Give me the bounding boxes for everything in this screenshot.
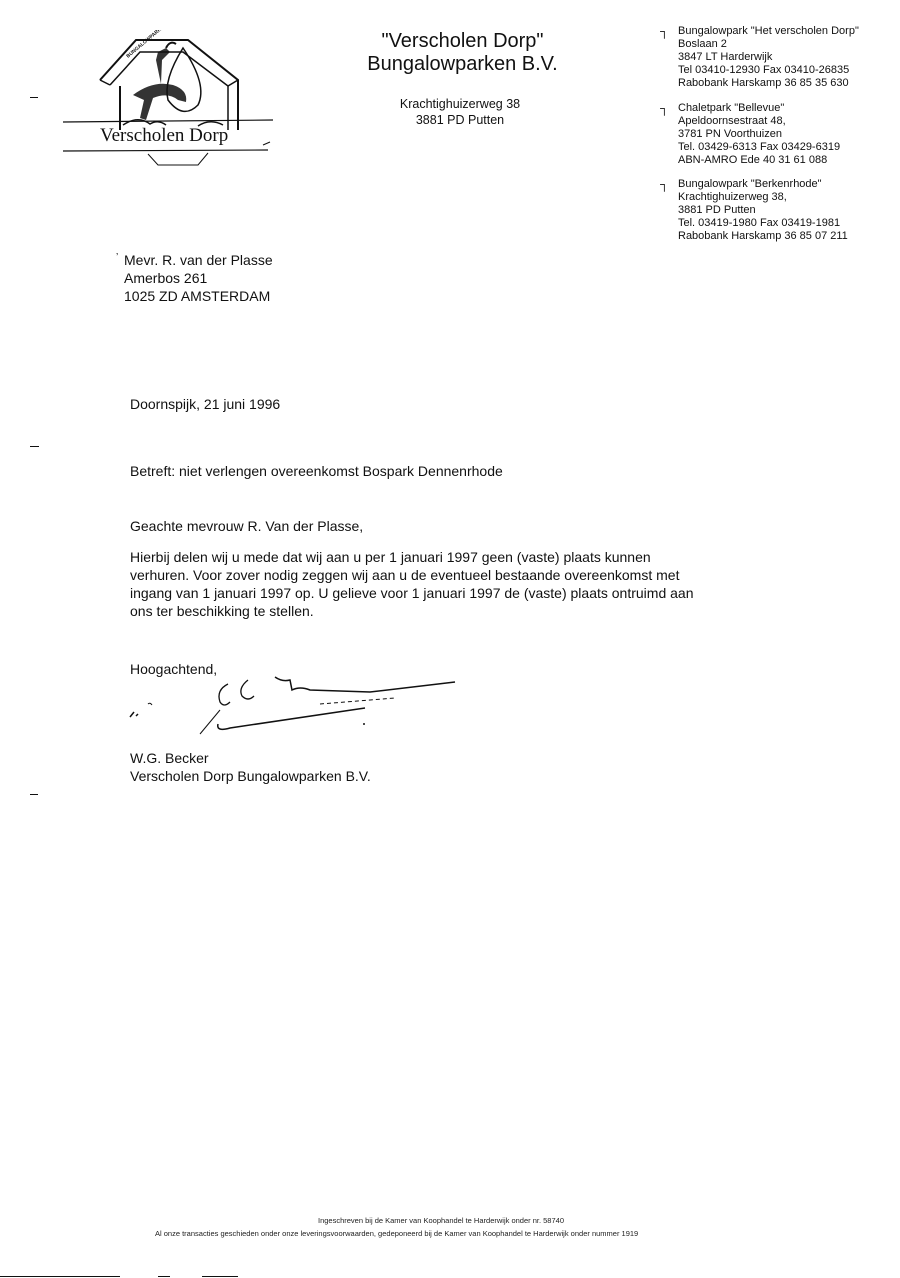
signer-block: W.G. Becker Verscholen Dorp Bungalowpark… xyxy=(130,749,371,785)
signature xyxy=(120,672,470,742)
recipient-postcode-city: 1025 ZD AMSTERDAM xyxy=(124,287,273,305)
scan-speck xyxy=(30,794,38,795)
signer-name: W.G. Becker xyxy=(130,749,371,767)
company-street: Krachtighuizerweg 38 xyxy=(360,96,560,112)
footer-terms: Al onze transacties geschieden onder onz… xyxy=(155,1229,638,1238)
company-name-line1: "Verscholen Dorp" xyxy=(340,30,585,53)
park-city: 3781 PN Voorthuizen xyxy=(678,128,900,141)
paragraph-line: Hierbij delen wij u mede dat wij aan u p… xyxy=(130,548,790,566)
park-name: Chaletpark "Bellevue" xyxy=(678,102,900,115)
corner-marker-icon: ┐ xyxy=(660,25,669,38)
recipient-address: Mevr. R. van der Plasse Amerbos 261 1025… xyxy=(124,251,273,305)
recipient-street: Amerbos 261 xyxy=(124,269,273,287)
park-address-block: ┐ Bungalowpark "Het verscholen Dorp" Bos… xyxy=(660,25,900,90)
park-bank: Rabobank Harskamp 36 85 07 211 xyxy=(678,230,900,243)
recipient-name: Mevr. R. van der Plasse xyxy=(124,251,273,269)
scan-speck xyxy=(202,1276,238,1277)
park-address-block: ┐ Chaletpark "Bellevue" Apeldoornsestraa… xyxy=(660,102,900,167)
company-name: "Verscholen Dorp" Bungalowparken B.V. xyxy=(340,30,585,76)
letter-salutation: Geachte mevrouw R. Van der Plasse, xyxy=(130,517,363,535)
scan-speck xyxy=(30,97,38,98)
company-postcode-city: 3881 PD Putten xyxy=(360,112,560,128)
corner-marker-icon: ┐ xyxy=(660,178,669,191)
corner-marker-icon: ┐ xyxy=(660,102,669,115)
park-street: Boslaan 2 xyxy=(678,38,900,51)
paragraph-line: ingang van 1 januari 1997 op. U gelieve … xyxy=(130,584,790,602)
scan-speck: ’ xyxy=(116,252,118,263)
park-city: 3881 PD Putten xyxy=(678,204,900,217)
logo-wordmark: Verscholen Dorp xyxy=(100,125,228,147)
paragraph-line: ons ter beschikking te stellen. xyxy=(130,602,790,620)
park-bank: Rabobank Harskamp 36 85 35 630 xyxy=(678,77,900,90)
scan-speck xyxy=(0,1276,120,1277)
park-bank: ABN-AMRO Ede 40 31 61 088 xyxy=(678,154,900,167)
park-address-block: ┐ Bungalowpark "Berkenrhode" Krachtighui… xyxy=(660,178,900,243)
company-address: Krachtighuizerweg 38 3881 PD Putten xyxy=(360,96,560,128)
deer-house-logo-icon: BUNGALOWPARKEN B.V. xyxy=(58,30,278,170)
company-logo: BUNGALOWPARKEN B.V. Verscholen Dorp xyxy=(58,30,278,170)
park-phone-fax: Tel. 03419-1980 Fax 03419-1981 xyxy=(678,217,900,230)
scan-speck xyxy=(30,446,39,447)
handwritten-signature-icon xyxy=(120,672,470,742)
park-phone-fax: Tel 03410-12930 Fax 03410-26835 xyxy=(678,64,900,77)
letter-subject: Betreft: niet verlengen overeenkomst Bos… xyxy=(130,462,503,480)
park-street: Krachtighuizerweg 38, xyxy=(678,191,900,204)
paragraph-line: verhuren. Voor zover nodig zeggen wij aa… xyxy=(130,566,790,584)
letter-paragraph: Hierbij delen wij u mede dat wij aan u p… xyxy=(130,548,790,620)
park-phone-fax: Tel. 03429-6313 Fax 03429-6319 xyxy=(678,141,900,154)
signer-company: Verscholen Dorp Bungalowparken B.V. xyxy=(130,767,371,785)
footer-registration: Ingeschreven bij de Kamer van Koophandel… xyxy=(318,1216,564,1225)
park-city: 3847 LT Harderwijk xyxy=(678,51,900,64)
park-street: Apeldoornsestraat 48, xyxy=(678,115,900,128)
letter-date: Doornspijk, 21 juni 1996 xyxy=(130,395,280,413)
scan-speck xyxy=(158,1276,170,1277)
park-name: Bungalowpark "Berkenrhode" xyxy=(678,178,900,191)
company-name-line2: Bungalowparken B.V. xyxy=(340,53,585,76)
park-name: Bungalowpark "Het verscholen Dorp" xyxy=(678,25,900,38)
